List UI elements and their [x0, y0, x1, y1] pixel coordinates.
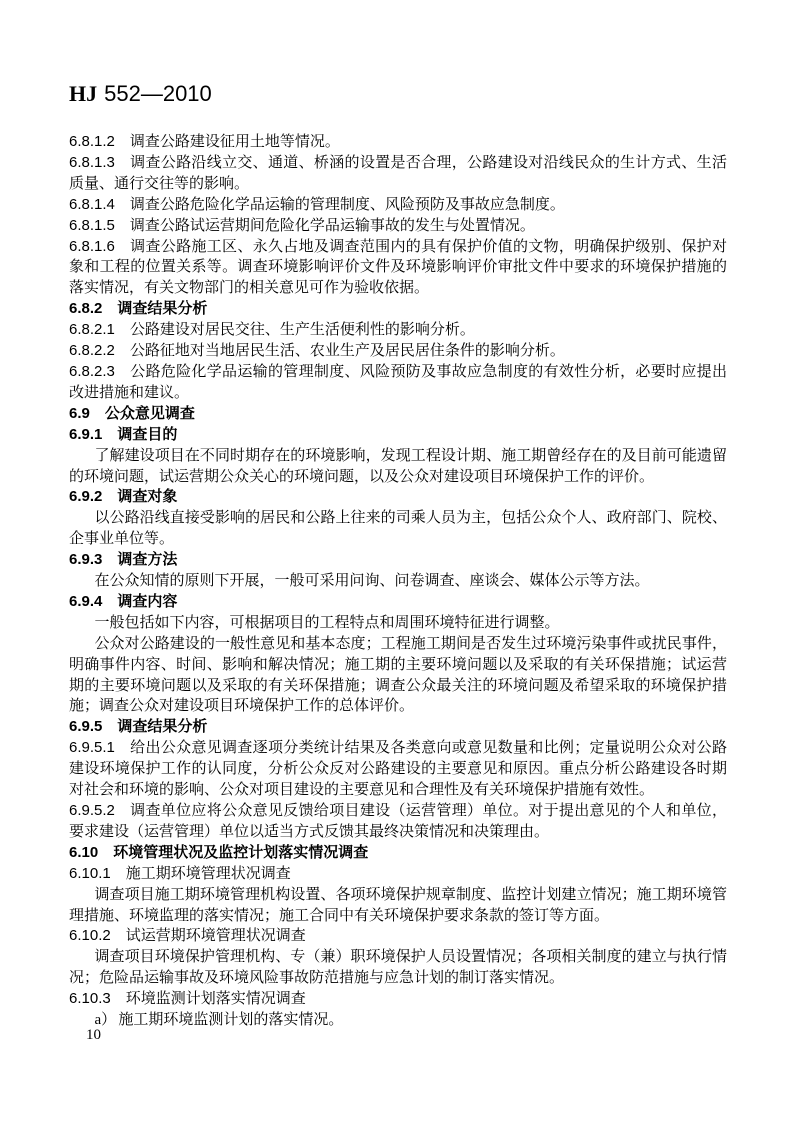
clause-number: 6.8.1.2 — [69, 133, 115, 150]
section-heading: 6.9.1调查目的 — [69, 425, 727, 446]
block-text: 公众对公路建设的一般性意见和基本态度；工程施工期间是否发生过环境污染事件或扰民事… — [69, 636, 727, 715]
block-text: 调查公路施工区、永久占地及调查范围内的具有保护价值的文物，明确保护级别、保护对象… — [69, 239, 727, 297]
clause-number: 6.9.1 — [69, 426, 102, 443]
block-text: 调查结果分析 — [117, 718, 207, 735]
body-paragraph: 了解建设项目在不同时期存在的环境影响，发现工程设计期、施工期曾经存在的及目前可能… — [69, 446, 727, 488]
block-text: 公路征地对当地居民生活、农业生产及居民居住条件的影响分析。 — [130, 343, 565, 359]
block-text: 试运营期环境管理状况调查 — [126, 928, 306, 944]
block-text: 给出公众意见调查逐项分类统计结果及各类意向或意见数量和比例；定量说明公众对公路建… — [69, 740, 727, 798]
body-paragraph: 在公众知情的原则下开展，一般可采用问询、问卷调查、座谈会、媒体公示等方法。 — [69, 571, 727, 592]
clause-number: 6.9.3 — [69, 551, 102, 568]
standard-code-prefix: HJ — [69, 81, 97, 106]
document-body: 6.8.1.2调查公路建设征用土地等情况。6.8.1.3调查公路沿线立交、通道、… — [69, 132, 727, 1031]
clause-number: 6.10.3 — [69, 990, 111, 1007]
document-page: HJ552—2010 6.8.1.2调查公路建设征用土地等情况。6.8.1.3调… — [0, 0, 794, 1123]
body-paragraph: 调查项目环境保护管理机构、专（兼）职环境保护人员设置情况；各项相关制度的建立与执… — [69, 947, 727, 989]
block-text: 公路危险化学品运输的管理制度、风险预防及事故应急制度的有效性分析，必要时应提出改… — [69, 364, 727, 401]
clause-paragraph: 6.8.2.1公路建设对居民交往、生产生活便利性的影响分析。 — [69, 320, 727, 341]
block-text: 调查公路危险化学品运输的管理制度、风险预防及事故应急制度。 — [130, 197, 565, 213]
section-heading: 6.9公众意见调查 — [69, 404, 727, 425]
block-text: 调查项目施工期环境管理机构设置、各项环境保护规章制度、监控计划建立情况；施工期环… — [69, 887, 727, 924]
block-text: 调查单位应将公众意见反馈给项目建设（运营管理）单位。对于提出意见的个人和单位，要… — [69, 803, 727, 840]
standard-code-header: HJ552—2010 — [69, 82, 212, 106]
clause-number: 6.8.2.3 — [69, 363, 115, 380]
section-heading: 6.9.5调查结果分析 — [69, 717, 727, 738]
clause-number: 6.9.5.1 — [69, 739, 115, 756]
section-heading: 6.10环境管理状况及监控计划落实情况调查 — [69, 843, 727, 864]
page-number: 10 — [86, 1027, 101, 1044]
section-subheading: 6.10.2试运营期环境管理状况调查 — [69, 926, 727, 947]
standard-code-number: 552—2010 — [104, 81, 212, 106]
clause-paragraph: 6.8.1.6调查公路施工区、永久占地及调查范围内的具有保护价值的文物，明确保护… — [69, 237, 727, 300]
block-text: 调查项目环境保护管理机构、专（兼）职环境保护人员设置情况；各项相关制度的建立与执… — [69, 949, 727, 986]
clause-number: 6.8.1.5 — [69, 217, 115, 234]
body-paragraph: 一般包括如下内容，可根据项目的工程特点和周围环境特征进行调整。 — [69, 613, 727, 634]
clause-number: 6.9.5.2 — [69, 802, 115, 819]
clause-number: 6.8.1.6 — [69, 238, 115, 255]
block-text: 环境监测计划落实情况调查 — [126, 991, 306, 1007]
clause-number: 6.9.5 — [69, 718, 102, 735]
clause-paragraph: 6.8.2.3公路危险化学品运输的管理制度、风险预防及事故应急制度的有效性分析，… — [69, 362, 727, 404]
section-heading: 6.9.3调查方法 — [69, 550, 727, 571]
section-heading: 6.9.4调查内容 — [69, 592, 727, 613]
list-item: a）施工期环境监测计划的落实情况。 — [69, 1010, 727, 1031]
clause-number: 6.8.2.2 — [69, 342, 115, 359]
block-text: 调查内容 — [117, 593, 177, 610]
block-text: 一般包括如下内容，可根据项目的工程特点和周围环境特征进行调整。 — [95, 615, 560, 631]
list-item-label: a） — [95, 1012, 117, 1028]
clause-number: 6.10.1 — [69, 865, 111, 882]
clause-paragraph: 6.8.1.4调查公路危险化学品运输的管理制度、风险预防及事故应急制度。 — [69, 195, 727, 216]
block-text: 调查结果分析 — [117, 300, 207, 317]
clause-paragraph: 6.8.1.3调查公路沿线立交、通道、桥涵的设置是否合理，公路建设对沿线民众的生… — [69, 153, 727, 195]
block-text: 调查目的 — [117, 426, 177, 443]
section-heading: 6.9.2调查对象 — [69, 487, 727, 508]
body-paragraph: 调查项目施工期环境管理机构设置、各项环境保护规章制度、监控计划建立情况；施工期环… — [69, 885, 727, 927]
block-text: 公路建设对居民交往、生产生活便利性的影响分析。 — [130, 322, 475, 338]
block-text: 调查公路试运营期间危险化学品运输事故的发生与处置情况。 — [130, 218, 535, 234]
body-paragraph: 以公路沿线直接受影响的居民和公路上往来的司乘人员为主，包括公众个人、政府部门、院… — [69, 508, 727, 550]
block-text: 调查对象 — [117, 488, 177, 505]
block-text: 调查公路沿线立交、通道、桥涵的设置是否合理，公路建设对沿线民众的生计方式、生活质… — [69, 155, 727, 192]
clause-paragraph: 6.9.5.2调查单位应将公众意见反馈给项目建设（运营管理）单位。对于提出意见的… — [69, 801, 727, 843]
clause-number: 6.9.2 — [69, 488, 102, 505]
clause-number: 6.9 — [69, 405, 90, 422]
clause-number: 6.8.1.3 — [69, 154, 115, 171]
body-paragraph: 公众对公路建设的一般性意见和基本态度；工程施工期间是否发生过环境污染事件或扰民事… — [69, 634, 727, 718]
block-text: 调查公路建设征用土地等情况。 — [130, 134, 340, 150]
section-subheading: 6.10.3环境监测计划落实情况调查 — [69, 989, 727, 1010]
clause-number: 6.10 — [69, 844, 98, 861]
section-subheading: 6.10.1施工期环境管理状况调查 — [69, 864, 727, 885]
clause-number: 6.8.1.4 — [69, 196, 115, 213]
block-text: 调查方法 — [117, 551, 177, 568]
clause-number: 6.10.2 — [69, 927, 111, 944]
clause-number: 6.9.4 — [69, 593, 102, 610]
block-text: 公众意见调查 — [105, 405, 195, 422]
block-text: 环境管理状况及监控计划落实情况调查 — [113, 844, 368, 861]
block-text: 了解建设项目在不同时期存在的环境影响，发现工程设计期、施工期曾经存在的及目前可能… — [69, 448, 727, 485]
block-text: 在公众知情的原则下开展，一般可采用问询、问卷调查、座谈会、媒体公示等方法。 — [95, 573, 650, 589]
block-text: 施工期环境管理状况调查 — [126, 866, 291, 882]
clause-paragraph: 6.8.1.5调查公路试运营期间危险化学品运输事故的发生与处置情况。 — [69, 216, 727, 237]
clause-number: 6.8.2.1 — [69, 321, 115, 338]
section-heading: 6.8.2调查结果分析 — [69, 299, 727, 320]
block-text: 施工期环境监测计划的落实情况。 — [118, 1012, 343, 1028]
clause-paragraph: 6.9.5.1给出公众意见调查逐项分类统计结果及各类意向或意见数量和比例；定量说… — [69, 738, 727, 801]
clause-number: 6.8.2 — [69, 300, 102, 317]
block-text: 以公路沿线直接受影响的居民和公路上往来的司乘人员为主，包括公众个人、政府部门、院… — [69, 510, 727, 547]
clause-paragraph: 6.8.1.2调查公路建设征用土地等情况。 — [69, 132, 727, 153]
clause-paragraph: 6.8.2.2公路征地对当地居民生活、农业生产及居民居住条件的影响分析。 — [69, 341, 727, 362]
